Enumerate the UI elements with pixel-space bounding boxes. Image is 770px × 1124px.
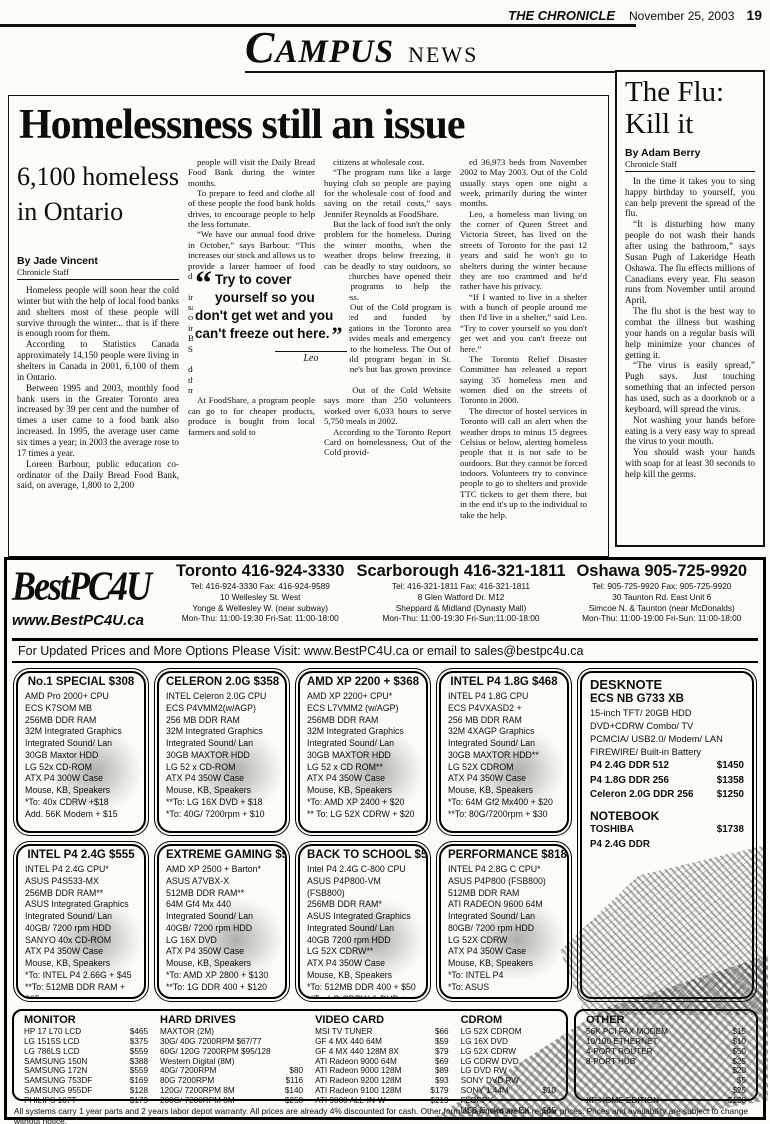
paragraph: DVD+CDRW Combo/ TV [590,720,744,733]
product-box-performance: PERFORMANCE $818 INTEL P4 2.8G C CPU*ASU… [439,844,569,999]
product-specs: INTEL P4 2.8G C CPU*ASUS P4P800 (FSB800)… [448,864,560,994]
flu-headline-line2: Kill it [625,109,755,141]
page-number: 19 [746,7,762,23]
paragraph: LG 52 x CD-ROM [166,762,278,774]
price-row: ATI Radeon 9000 64M$69 [315,1057,449,1067]
product-title: AMD XP 2200 + $368 [307,676,419,688]
paragraph: 256MB DDR RAM** [25,888,137,900]
item-price: $1250 [717,788,744,803]
product-specs: Intel P4 2.4G C-800 CPUASUS P4P800-VM (F… [307,864,419,999]
item-price: $80 [289,1066,303,1076]
paragraph: *To: 40x CDRW +$18 [25,797,137,809]
paragraph: 30GB Maxtor HDD [25,750,137,762]
desknote-prices: P4 2.4G DDR 512$1450P4 1.8G DDR 256$1358… [590,759,744,803]
paragraph: AMD XP 2500 + Barton* [166,864,278,876]
item-name: 120G/ 7200RPM 8M [160,1086,235,1096]
paragraph: ECS L7VMM2 (w/AGP) [307,703,419,715]
item-name: SONY 1.44M FLOPPY [461,1086,543,1106]
item-price: $66 [435,1027,449,1037]
product-title: CELERON 2.0G $358 [166,676,278,688]
item-name: LG DVD RW [461,1066,507,1076]
product-title: No.1 SPECIAL $308 [25,676,137,688]
flu-text: In the time it takes you to sing happy b… [625,176,755,528]
item-price: $219 [430,1096,448,1106]
item-name: Western Digital (8M) [160,1057,234,1067]
location-hours: Mon-Thu: 11:00-19:30 Fri-Sun:11:00-18:00 [356,613,565,624]
paragraph: citizens at wholesale cost. [324,157,451,167]
paragraph: ECS K7SOM MB [25,703,137,715]
item-price: $559 [130,1066,148,1076]
price-row: Celeron 2.0G DDR 256$1250 [590,788,744,803]
item-name: SONY DVD RW [461,1076,519,1086]
store-locations: Toronto 416-924-3330 Tel: 416-924-3330 F… [164,562,758,624]
product-title: INTEL P4 1.8G $468 [448,676,560,688]
product-specs: AMD XP 2500 + Barton*ASUS A7VBX-X512MB D… [166,864,278,994]
product-box-amd-xp2200: AMD XP 2200 + $368 AMD XP 2200+ CPU*ECS … [298,671,428,833]
location-cross-street: Sheppard & Midland (Dynasty Mall) [356,603,565,614]
paragraph: LG 52X CDROM [448,762,560,774]
paragraph: INTEL P4 2.4G CPU* [25,864,137,876]
item-price: $375 [130,1037,148,1047]
item-name: P4 2.4G DDR 512 [590,759,669,774]
item-name: ATI Radeon 9000 128M [315,1066,401,1076]
location-phone-heading: Scarborough 416-321-1811 [356,562,565,581]
item-name: SAMSUNG 955DF [24,1086,92,1096]
item-price: $10 [732,1037,746,1047]
product-box-celeron: CELERON 2.0G $358 INTEL Celeron 2.0G CPU… [157,671,287,833]
paragraph: **To: 1G DDR 400 + $120 [166,982,278,994]
paragraph: LG 52X CDRW [448,935,560,947]
item-name: SAMSUNG 753DF [24,1076,92,1086]
flu-article: The Flu: Kill it By Adam Berry Chronicle… [615,70,765,547]
paragraph: In the time it takes you to sing happy b… [625,176,755,219]
item-price: $258 [285,1096,303,1106]
price-row: 30G/ 40G 7200RPM $67/77 [160,1037,303,1047]
page-header: THE CHRONICLE November 25, 2003 19 [0,7,762,25]
paragraph: According to the Toronto Report Card on … [324,427,451,458]
location-phone-heading: Oshawa 905-725-9920 [566,562,758,581]
group-title: HARD DRIVES [160,1014,303,1026]
paragraph: ATI RADEON 9600 64M [448,899,560,911]
paragraph: people will visit the Daily Bread Food B… [188,157,315,188]
pull-quote-text: Try to cover yourself so you don't get w… [195,272,333,341]
location-address: 8 Glen Watford Dr. M12 [356,592,565,603]
paragraph: ASUS Integrated Graphics [25,899,137,911]
item-name: MSI TV TUNER [315,1027,372,1037]
paper-name: THE CHRONICLE [508,8,615,23]
paragraph: Add. 56K Modem + $15 [25,809,137,821]
paragraph: “If I wanted to live in a shelter with a… [460,292,587,354]
item-name: LG 52X CDRW [461,1047,516,1057]
paragraph: ASUS P4P800 (FSB800) [448,876,560,888]
price-row: LG 1515S LCD$375 [24,1037,148,1047]
location-telfax: Tel: 905-725-9920 Fax: 905-725-9920 [566,581,758,592]
paragraph: **To: 80G/7200rpm + $30 [448,809,560,821]
price-row: LG 52X CDRW [461,1047,556,1057]
paragraph: Integrated Sound/ Lan [307,738,419,750]
price-row: 8-PORT HUB$25 [586,1057,746,1067]
paragraph: Homeless people will soon hear the cold … [17,285,179,339]
article-text: ed 36,973 beds from November 2002 to May… [460,157,587,520]
paragraph: Integrated Sound/ Lan [166,911,278,923]
location-toronto: Toronto 416-924-3330 Tel: 416-924-3330 F… [164,562,356,624]
flu-byline: By Adam Berry [625,147,755,159]
paragraph: INTEL Celeron 2.0G CPU [166,691,278,703]
desknote-model: ECS NB G733 XB [590,693,744,705]
item-name: PHILIPS 107T [24,1096,76,1106]
article-text: Homeless people will soon hear the cold … [17,285,179,491]
article-byline-title: Chronicle Staff [17,267,179,280]
price-row: 10/100 ETHERNET$10 [586,1037,746,1047]
paragraph: ASUS P4S533-MX [25,876,137,888]
item-name: 30G/ 40G 7200RPM $67/77 [160,1037,262,1047]
open-quote-mark: “ [195,271,212,297]
newspaper-page: THE CHRONICLE November 25, 2003 19 CAMPU… [0,0,770,1124]
paragraph: Not washing your hands before eating is … [625,415,755,448]
paragraph: *To: INTEL P4 2.66G + $45 [25,970,137,982]
paragraph: PCMCIA/ USB2.0/ Modem/ LAN [590,733,744,746]
item-price: $25 [732,1057,746,1067]
paragraph: “The virus is easily spread,” Pugh says.… [625,360,755,414]
product-box-p4-24g: INTEL P4 2.4G $555 INTEL P4 2.4G CPU*ASU… [16,844,146,999]
ad-promo-line: For Updated Prices and More Options Plea… [12,641,758,663]
group-title: CDROM [461,1014,556,1026]
paragraph: LG 16X DVD [166,935,278,947]
flu-headline-line1: The Flu: [625,77,755,109]
paragraph: 32M Integrated Graphics [307,726,419,738]
paragraph: ATX P4 350W Case [25,946,137,958]
price-row: LG DVD RW [461,1066,556,1076]
paragraph: “It is disturbing how many people do not… [625,219,755,306]
location-phone-heading: Toronto 416-924-3330 [164,562,356,581]
item-price: $1738 [717,823,744,838]
product-title: EXTREME GAMING $568 [166,849,278,861]
paragraph: ed 36,973 beds from November 2002 to May… [460,157,587,209]
price-row: $5 [586,1076,746,1086]
item-name: ATI Radeon 9100 128M [315,1086,401,1096]
price-row: SAMSUNG 753DF$169 [24,1076,148,1086]
price-row: SAMSUNG 172N$559 [24,1066,148,1076]
paragraph: The director of hostel services in Toron… [460,406,587,520]
paragraph: ** To: LG 52X CDRW + $20 [307,809,419,821]
item-price: $179 [130,1096,148,1106]
item-name: LG 52X CDROM [461,1027,522,1037]
article-headline: Homelessness still an issue [19,104,600,147]
product-specs: AMD XP 2200+ CPU*ECS L7VMM2 (w/AGP)256MB… [307,691,419,821]
paragraph: Mouse, KB, Speakers [307,970,419,982]
paragraph: **To: LG 16X DVD + $18 [166,797,278,809]
paragraph: 256 MB DDR RAM [448,715,560,727]
paragraph: Mouse, KB, Speakers [307,785,419,797]
paragraph: Mouse, KB, Speakers [448,785,560,797]
item-price: $465 [130,1027,148,1037]
paragraph: ASUS Integrated Graphics [307,911,419,923]
location-scarborough: Scarborough 416-321-1811 Tel: 416-321-18… [356,562,565,624]
location-hours: Mon-Thu: 11:00-19:00 Fri-Sun: 11:00-18:0… [566,613,758,624]
paragraph: ECS P4VMM2(w/AGP) [166,703,278,715]
item-name: SAMSUNG 172N [24,1066,87,1076]
price-row: 200G/ 7200RPM 8M$258 [160,1096,303,1106]
cdrom-group: CDROM LG 52X CDROMLG 16X DVDLG 52X CDRWL… [461,1014,556,1116]
price-row: P4 2.4G DDR 512$1450 [590,759,744,774]
paragraph: ATX P4 350W Case [166,946,278,958]
paragraph: Integrated Sound/ Lan [25,738,137,750]
price-row: 80G 7200RPM$116 [160,1076,303,1086]
item-price: $179 [430,1086,448,1096]
product-grid: No.1 SPECIAL $308 AMD Pro 2000+ CPUECS K… [12,663,758,1007]
price-row: 4-PORT ROUTER$50 [586,1047,746,1057]
paragraph: *To: INTEL P4 [448,970,560,982]
price-row: ATI 9000 ALL-IN-W$219 [315,1096,449,1106]
item-price: $50 [732,1047,746,1057]
article-column-1: 6,100 homeless in Ontario By Jade Vincen… [17,157,179,545]
bestpc4u-logo: BestPC4U [12,566,164,605]
paragraph: ATX P4 350W Case [307,958,419,970]
item-name: LG CDRW DVD [461,1057,519,1067]
item-price: $559 [130,1047,148,1057]
group-rows: 56K PCI FAX MODEM$1510/100 ETHERNET$104-… [586,1027,746,1106]
group-rows: MSI TV TUNER$66GF 4 MX 440 64M$59GF 4 MX… [315,1027,449,1106]
price-row: ATI Radeon 9200 128M$93 [315,1076,449,1086]
paragraph: Integrated Sound/ Lan [25,911,137,923]
paragraph: 30GB MAXTOR HDD [166,750,278,762]
price-row: 56K PCI FAX MODEM$15 [586,1027,746,1037]
paragraph: 32M 4XAGP Graphics [448,726,560,738]
location-hours: Mon-Thu: 11:00-19:30 Fri-Sat: 11:00-18:0… [164,613,356,624]
item-price: $116 [285,1076,303,1086]
flu-byline-title: Chronicle Staff [625,159,755,172]
paragraph: 30GB MAXTOR HDD [307,750,419,762]
item-price: $79 [435,1047,449,1057]
item-price: $1450 [717,759,744,774]
article-byline: By Jade Vincent [17,255,179,267]
item-name: P4 2.4G DDR [590,838,650,853]
product-title: PERFORMANCE $818 [448,849,560,861]
price-row: HP 17 L70 LCD$465 [24,1027,148,1037]
paragraph: *To: ASUS [448,982,560,994]
paragraph: AMD Pro 2000+ CPU [25,691,137,703]
paragraph: *To: 512MB DDR 400 + $50 [307,982,419,994]
item-name: 8-PORT HUB [586,1057,635,1067]
product-box-no1-special: No.1 SPECIAL $308 AMD Pro 2000+ CPUECS K… [16,671,146,833]
item-name: SAMSUNG 150N [24,1057,87,1067]
price-row: P4 2.4G DDR [590,838,744,853]
price-row: P4 1.8G DDR 256$1358 [590,774,744,789]
item-price: $59 [435,1037,449,1047]
paragraph: INTEL P4 1.8G CPU [448,691,560,703]
price-row: 40G/ 7200RPM$80 [160,1066,303,1076]
product-box-extreme-gaming: EXTREME GAMING $568 AMD XP 2500 + Barton… [157,844,287,999]
paragraph: *To: 64M Gf2 Mx400 + $20 [448,797,560,809]
product-specs: INTEL P4 2.4G CPU*ASUS P4S533-MX256MB DD… [25,864,137,999]
item-name: HP 17 L70 LCD [24,1027,81,1037]
location-cross-street: Simcoe N. & Taunton (near McDonalds) [566,603,758,614]
item-name: 40G/ 7200RPM [160,1066,216,1076]
group-rows: HP 17 L70 LCD$465LG 1515S LCD$375LG 786L… [24,1027,148,1106]
item-name: TOSHIBA [590,823,634,838]
item-price: $89 [435,1066,449,1076]
price-row: GF 4 MX 440 128M 8X$79 [315,1047,449,1057]
item-name: 80G 7200RPM [160,1076,214,1086]
paragraph: ECS P4VXASD2 + [448,703,560,715]
main-article: Homelessness still an issue 6,100 homele… [8,95,609,557]
article-column-4: ed 36,973 beds from November 2002 to May… [460,157,587,545]
item-name: 200G/ 7200RPM 8M [160,1096,235,1106]
paragraph: Mouse, KB, Speakers [25,785,137,797]
item-name: LG 16X DVD [461,1037,508,1047]
paragraph: INTEL P4 2.8G C CPU* [448,864,560,876]
item-price: $69 [435,1057,449,1067]
paragraph: LG 52 x CD ROM** [307,762,419,774]
price-row: MAXTOR (2M) [160,1027,303,1037]
price-row: $25 [586,1086,746,1096]
item-name: GF 4 MX 440 64M [315,1037,382,1047]
paragraph: 15-inch TFT/ 20GB HDD [590,707,744,720]
section-title-campus: CAMPUS [245,26,394,70]
location-telfax: Tel: 416-321-1811 Fax: 416-321-1811 [356,581,565,592]
item-name: 60G/ 120G 7200RPM $95/128 [160,1047,271,1057]
price-row: ATI Radeon 9100 128M$179 [315,1086,449,1096]
price-row: $20 [586,1066,746,1076]
product-specs: INTEL P4 1.8G CPUECS P4VXASD2 +256 MB DD… [448,691,560,821]
paragraph: 512MB DDR RAM [448,888,560,900]
paragraph: ATX P4 350W Case [307,773,419,785]
desknote-panel: DESKNOTE ECS NB G733 XB 15-inch TFT/ 20G… [580,671,754,999]
price-row: 60G/ 120G 7200RPM $95/128 [160,1047,303,1057]
product-box-back-to-school: BACK TO SCHOOL $598 Intel P4 2.4G C-800 … [298,844,428,999]
item-price: $169 [130,1076,148,1086]
paragraph: Loreen Barbour, public education co-ordi… [17,459,179,492]
flu-headline: The Flu: Kill it [625,77,755,141]
paragraph: ATX P4 300W Case [25,773,137,785]
paragraph: Integrated Sound/ Lan [166,738,278,750]
components-price-table: MONITOR HP 17 L70 LCD$465LG 1515S LCD$37… [12,1009,568,1101]
item-name: MAXTOR (2M) [160,1027,214,1037]
product-title: BACK TO SCHOOL $598 [307,849,419,861]
item-name: XP HOME EDITION [586,1096,659,1106]
product-specs: INTEL Celeron 2.0G CPUECS P4VMM2(w/AGP)2… [166,691,278,821]
item-price: $20 [732,1066,746,1076]
price-row: XP HOME EDITION$128 [586,1096,746,1106]
hard-drives-group: HARD DRIVES MAXTOR (2M)30G/ 40G 7200RPM … [160,1014,303,1116]
group-title: OTHER [586,1014,746,1026]
paragraph: ASUS A7VBX-X [166,876,278,888]
price-row: SAMSUNG 955DF$128 [24,1086,148,1096]
paragraph: Integrated Sound/ Lan [448,911,560,923]
paragraph: At FoodShare, a program people can go to… [188,395,315,437]
notebook-heading: NOTEBOOK [590,809,744,823]
item-name: LG 1515S LCD [24,1037,80,1047]
price-row: SONY 1.44M FLOPPY$10 [461,1086,556,1106]
ad-bottom-strip: MONITOR HP 17 L70 LCD$465LG 1515S LCD$37… [12,1009,758,1101]
price-row: GF 4 MX 440 64M$59 [315,1037,449,1047]
desknote-heading: DESKNOTE [590,677,744,692]
other-items-panel: OTHER 56K PCI FAX MODEM$1510/100 ETHERNE… [574,1009,758,1101]
paragraph: 512MB DDR RAM** [166,888,278,900]
issue-date: November 25, 2003 [629,9,734,23]
paragraph: “The program runs like a large buying cl… [324,167,451,219]
group-title: MONITOR [24,1014,148,1026]
item-name: ATI Radeon 9000 64M [315,1057,397,1067]
paragraph: Mouse, KB, Speakers [25,958,137,970]
group-rows: LG 52X CDROMLG 16X DVDLG 52X CDRWLG CDRW… [461,1027,556,1116]
product-title: INTEL P4 2.4G $555 [25,849,137,861]
paragraph: AMD XP 2200+ CPU* [307,691,419,703]
paragraph: Mouse, KB, Speakers [166,958,278,970]
item-price: $10 [542,1086,556,1106]
website-url: www.BestPC4U.ca [12,612,164,629]
paragraph: 64M Gf4 Mx 440 [166,899,278,911]
paragraph: ASUS P4P800-VM (FSB800) [307,876,419,900]
location-cross-street: Yonge & Wellesley W. (near subway) [164,603,356,614]
paragraph: **To: 512MB DDR RAM + $65 [25,982,137,999]
group-title: VIDEO CARD [315,1014,449,1026]
paragraph: 32M Integrated Graphics [25,726,137,738]
paragraph: LG 52x CD-ROM [25,762,137,774]
item-price: $128 [130,1086,148,1096]
paragraph: 40GB/ 7200 rpm HDD [166,923,278,935]
paragraph: 256MB DDR RAM* [307,899,419,911]
price-row: LG 16X DVD [461,1037,556,1047]
article-columns: 6,100 homeless in Ontario By Jade Vincen… [17,157,600,545]
price-row: LG CDRW DVD [461,1057,556,1067]
article-subhead: 6,100 homeless in Ontario [17,159,179,229]
paragraph: The flu shot is the best way to combat t… [625,306,755,360]
price-row: LG 786LS LCD$559 [24,1047,148,1057]
ad-header: BestPC4U www.BestPC4U.ca Toronto 416-924… [12,562,758,641]
paragraph: You should wash your hands with soap for… [625,447,755,480]
price-row: 120G/ 7200RPM 8M$140 [160,1086,303,1096]
paragraph: Intel P4 2.4G C-800 CPU [307,864,419,876]
pull-quote-attribution: Leo [275,351,347,364]
close-quote-mark: ” [332,322,343,347]
location-address: 30 Taunton Rd. East Unit 6 [566,592,758,603]
paragraph: 256MB DDR RAM [25,715,137,727]
paragraph: **To: LG CDRW & DVD + $63 [307,994,419,999]
notebook-prices: TOSHIBA$1738P4 2.4G DDR [590,823,744,852]
item-price: $25 [732,1086,746,1096]
item-name: 10/100 ETHERNET [586,1037,657,1047]
video-card-group: VIDEO CARD MSI TV TUNER$66GF 4 MX 440 64… [315,1014,449,1116]
section-masthead: CAMPUS NEWS [245,26,635,73]
price-row: PHILIPS 107T$179 [24,1096,148,1106]
paragraph: According to Statistics Canada approxima… [17,339,179,382]
paragraph: 32M Integrated Graphics [166,726,278,738]
item-name: GF 4 MX 440 128M 8X [315,1047,399,1057]
location-oshawa: Oshawa 905-725-9920 Tel: 905-725-9920 Fa… [566,562,758,624]
paragraph: FIREWIRE/ Built-in Battery [590,746,744,759]
price-row: ATI Radeon 9000 128M$89 [315,1066,449,1076]
paragraph: *To: AMD XP 2400 + $20 [307,797,419,809]
paragraph: *To: 40G/ 7200rpm + $10 [166,809,278,821]
section-title-news: NEWS [408,44,478,66]
paragraph: Integrated Sound/ Lan [448,738,560,750]
group-rows: MAXTOR (2M)30G/ 40G 7200RPM $67/7760G/ 1… [160,1027,303,1106]
desknote-specs: 15-inch TFT/ 20GB HDDDVD+CDRW Combo/ TVP… [590,707,744,759]
item-price: $1358 [717,774,744,789]
item-name: ATI Radeon 9200 128M [315,1076,401,1086]
price-row: SONY DVD RW [461,1076,556,1086]
paragraph: 30GB MAXTOR HDD** [448,750,560,762]
paragraph: 40GB/ 7200 rpm HDD [25,923,137,935]
paragraph: Leo, a homeless man living on the corner… [460,209,587,292]
product-specs: AMD Pro 2000+ CPUECS K7SOM MB256MB DDR R… [25,691,137,821]
item-name: ATI 9000 ALL-IN-W [315,1096,385,1106]
price-row: Western Digital (8M) [160,1057,303,1067]
item-price: $140 [285,1086,303,1096]
paragraph: Mouse, KB, Speakers [448,958,560,970]
paragraph: ATX P4 350W Case [166,773,278,785]
